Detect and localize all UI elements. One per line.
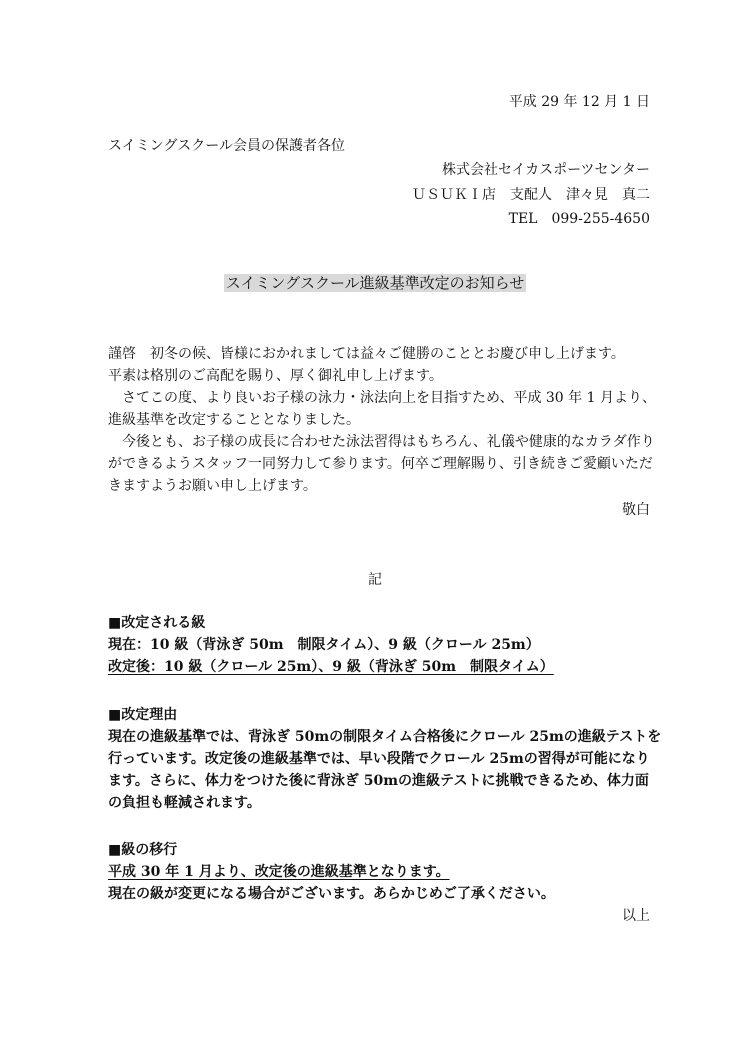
underlined-line: 平成 30 年 1 月より、改定後の進級基準となります。	[108, 864, 450, 880]
body-line: 平素は格別のご高配を賜り、厚く御礼申し上げます。	[108, 365, 648, 387]
greeting-body: 謹啓 初冬の候、皆様におかれましては益々ご健勝のこととお慶び申し上げます。 平素…	[108, 343, 648, 497]
underlined-line: 改定後：10 級（クロール 25m）、9 級（背泳ぎ 50m 制限タイム）	[108, 659, 554, 675]
section-heading: ■改定される級	[108, 612, 648, 634]
section-line: 行っています。改定後の進級基準では、早い段階でクロール 25mの習得が可能になり	[108, 748, 648, 770]
date: 平成 29 年 12 月 1 日	[509, 92, 650, 112]
section-reason: ■改定理由 現在の進級基準では、背泳ぎ 50mの制限タイム合格後にクロール 25…	[108, 704, 648, 814]
section-heading: ■級の移行	[108, 839, 648, 861]
page-title: スイミングスクール進級基準改定のお知らせ	[224, 274, 527, 292]
section-transition: ■級の移行 平成 30 年 1 月より、改定後の進級基準となります。 現在の級が…	[108, 839, 648, 905]
section-line: の負担も軽減されます。	[108, 792, 648, 814]
closing-keihaku: 敬白	[622, 500, 650, 520]
sender-company: 株式会社セイカスポーツセンター	[442, 160, 650, 180]
section-line: 現在：10 級（背泳ぎ 50m 制限タイム）、9 級（クロール 25m）	[108, 634, 648, 656]
section-heading: ■改定理由	[108, 704, 648, 726]
body-line: 謹啓 初冬の候、皆様におかれましては益々ご健勝のこととお慶び申し上げます。	[108, 343, 648, 365]
body-line: 今後とも、お子様の成長に合わせた泳法習得はもちろん、礼儀や健康的なカラダ作り	[108, 431, 648, 453]
section-line: 改定後：10 級（クロール 25m）、9 級（背泳ぎ 50m 制限タイム）	[108, 656, 648, 678]
section-line: 現在の進級基準では、背泳ぎ 50mの制限タイム合格後にクロール 25mの進級テス…	[108, 726, 648, 748]
title-row: スイミングスクール進級基準改定のお知らせ	[0, 273, 750, 294]
body-line: ができるようスタッフ一同努力して参ります。何卒ご理解賜り、引き続きご愛顧いただ	[108, 453, 648, 475]
body-line: さてこの度、より良いお子様の泳力・泳法向上を目指すため、平成 30 年 1 月よ…	[108, 387, 648, 409]
section-line: 平成 30 年 1 月より、改定後の進級基準となります。	[108, 861, 648, 883]
section-revised-grades: ■改定される級 現在：10 級（背泳ぎ 50m 制限タイム）、9 級（クロール …	[108, 612, 648, 678]
closing-ijou: 以上	[622, 906, 650, 926]
body-line: 進級基準を改定することとなりました。	[108, 409, 648, 431]
body-line: きますようお願い申し上げます。	[108, 475, 648, 497]
ki-label: 記	[0, 570, 750, 590]
recipient: スイミングスクール会員の保護者各位	[108, 136, 345, 156]
section-line: ます。さらに、体力をつけた後に背泳ぎ 50mの進級テストに挑戦できるため、体力面	[108, 770, 648, 792]
sender-branch-manager: ＵＳＵＫＩ店 支配人 津々見 真二	[412, 185, 650, 205]
sender-tel: TEL 099-255-4650	[509, 209, 650, 229]
section-line: 現在の級が変更になる場合がございます。あらかじめご了承ください。	[108, 883, 648, 905]
